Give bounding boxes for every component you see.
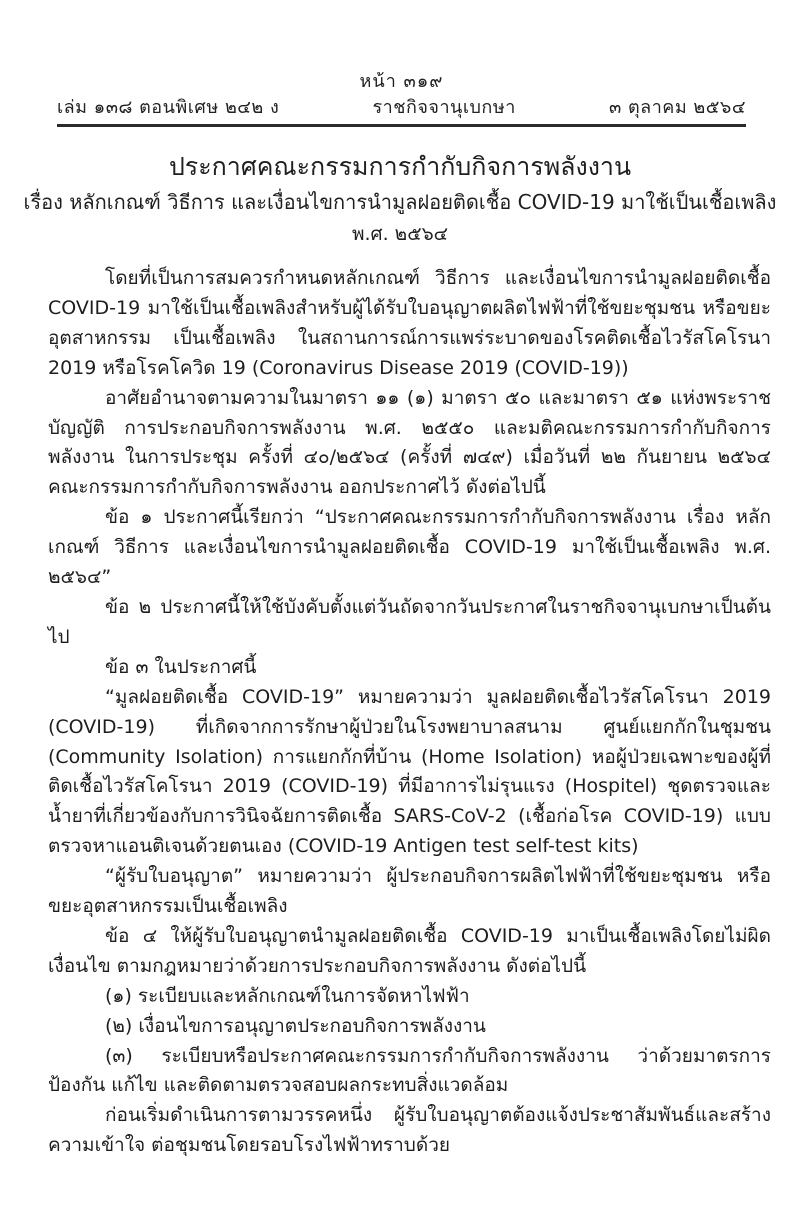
paragraph-clause-2: ข้อ ๒ ประกาศนี้ให้ใช้บังคับตั้งแต่วันถัด… [48, 593, 771, 653]
paragraph-clause-4: ข้อ ๔ ให้ผู้รับใบอนุญาตนำมูลฝอยติดเชื้อ … [48, 922, 771, 982]
paragraph-final: ก่อนเริ่มดำเนินการตามวรรคหนึ่ง ผู้รับใบอ… [48, 1101, 771, 1161]
gazette-date-label: ๓ ตุลาคม ๒๕๖๔ [609, 95, 746, 120]
header-rule [57, 124, 746, 127]
paragraph-definition-licensee: “ผู้รับใบอนุญาต” หมายความว่า ผู้ประกอบกิ… [48, 862, 771, 922]
paragraph-clause-1: ข้อ ๑ ประกาศนี้เรียกว่า “ประกาศคณะกรรมกา… [48, 503, 771, 593]
gazette-name-label: ราชกิจจานุเบกษา [372, 95, 515, 120]
volume-issue-label: เล่ม ๑๓๘ ตอนพิเศษ ๒๔๒ ง [57, 95, 279, 120]
gazette-header-row: เล่ม ๑๓๘ ตอนพิเศษ ๒๔๒ ง ราชกิจจานุเบกษา … [57, 95, 746, 120]
announcement-subject: เรื่อง หลักเกณฑ์ วิธีการ และเงื่อนไขการน… [0, 187, 800, 218]
announcement-year: พ.ศ. ๒๕๖๔ [0, 219, 800, 249]
paragraph-item-1: (๑) ระเบียบและหลักเกณฑ์ในการจัดหาไฟฟ้า [48, 982, 771, 1012]
announcement-body: โดยที่เป็นการสมควรกำหนดหลักเกณฑ์ วิธีการ… [48, 264, 771, 1161]
gazette-header: หน้า ๓๑๙ เล่ม ๑๓๘ ตอนพิเศษ ๒๔๒ ง ราชกิจจ… [57, 70, 746, 127]
paragraph-authority: อาศัยอำนาจตามความในมาตรา ๑๑ (๑) มาตรา ๕๐… [48, 384, 771, 504]
announcement-title: ประกาศคณะกรรมการกำกับกิจการพลังงาน [0, 149, 800, 185]
page-number: หน้า ๓๑๙ [57, 70, 746, 94]
paragraph-preamble: โดยที่เป็นการสมควรกำหนดหลักเกณฑ์ วิธีการ… [48, 264, 771, 384]
announcement-title-block: ประกาศคณะกรรมการกำกับกิจการพลังงาน เรื่อ… [0, 149, 800, 249]
paragraph-item-2: (๒) เงื่อนไขการอนุญาตประกอบกิจการพลังงาน [48, 1012, 771, 1042]
gazette-page: หน้า ๓๑๙ เล่ม ๑๓๘ ตอนพิเศษ ๒๔๒ ง ราชกิจจ… [0, 0, 800, 1213]
paragraph-clause-3: ข้อ ๓ ในประกาศนี้ [48, 653, 771, 683]
paragraph-definition-waste: “มูลฝอยติดเชื้อ COVID-19” หมายความว่า มู… [48, 683, 771, 862]
paragraph-item-3: (๓) ระเบียบหรือประกาศคณะกรรมการกำกับกิจก… [48, 1042, 771, 1102]
